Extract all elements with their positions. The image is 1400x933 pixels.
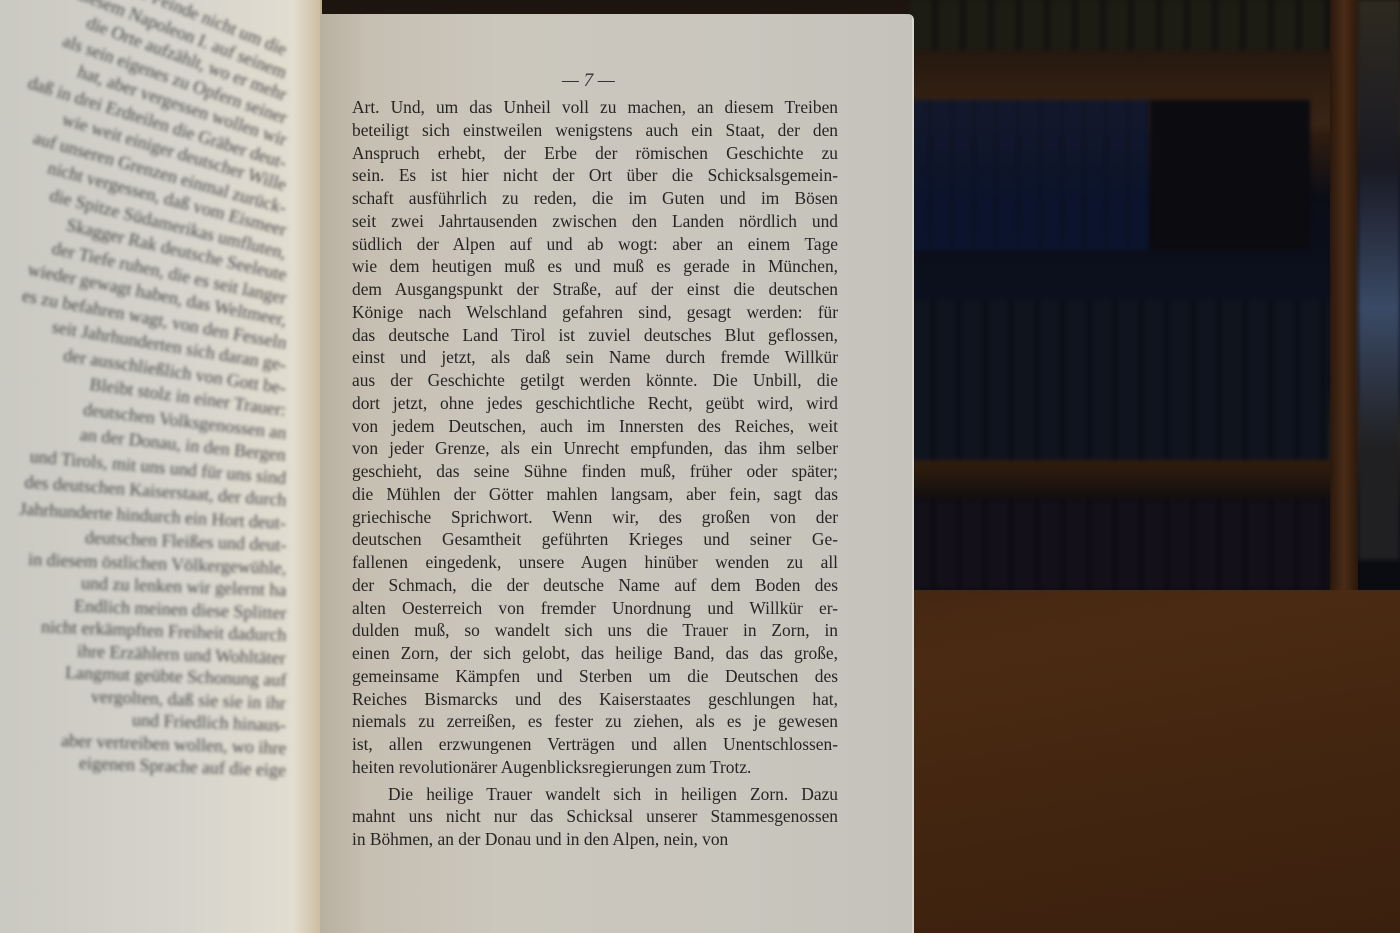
- text-line: die Mühlen der Götter mahlen langsam, ab…: [352, 483, 838, 506]
- text-line: Könige nach Welschland gefahren sind, ge…: [352, 301, 838, 324]
- right-page-body: Art. Und, um das Unheil voll zu machen, …: [352, 96, 838, 851]
- text-line: mahnt uns nicht nur das Schicksal unsere…: [352, 805, 838, 828]
- text-line: fallenen eingedenk, unsere Augen hinüber…: [352, 551, 838, 574]
- left-page: unsere Feinde nicht um diein diesem Napo…: [0, 0, 322, 933]
- text-line: griechische Sprichwort. Wenn wir, des gr…: [352, 506, 838, 529]
- text-line: sein. Es ist hier nicht der Ort über die…: [352, 164, 838, 187]
- text-line: südlich der Alpen auf und ab wogt: aber …: [352, 233, 838, 256]
- text-line: wie dem heutigen muß es und muß es gerad…: [352, 255, 838, 278]
- bookshelf-top-row: [910, 0, 1330, 50]
- text-line: Anspruch erhebt, der Erbe der römischen …: [352, 142, 838, 165]
- bookshelf-post: [1330, 0, 1358, 620]
- text-line: niemals zu zerreißen, es fester zu ziehe…: [352, 710, 838, 733]
- text-line: das deutsche Land Tirol ist zuviel deuts…: [352, 324, 838, 347]
- text-line: Die heilige Trauer wandelt sich in heili…: [352, 783, 838, 806]
- text-line: schaft ausführlich zu reden, die im Gute…: [352, 187, 838, 210]
- bookshelf-right-column: [1358, 0, 1400, 560]
- text-line: aus der Geschichte getilgt werden könnte…: [352, 369, 838, 392]
- text-line: einst und jetzt, als daß sein Name durch…: [352, 346, 838, 369]
- text-line: dort jetzt, ohne jedes geschichtliche Re…: [352, 392, 838, 415]
- text-line: von jeder Grenze, als ein Unrecht empfun…: [352, 437, 838, 460]
- text-line: beteiligt sich einstweilen wenigstens au…: [352, 119, 838, 142]
- text-line: der Schmach, die der deutsche Name auf d…: [352, 574, 838, 597]
- text-line: dem Ausgangspunkt der Straße, auf der ei…: [352, 278, 838, 301]
- bookshelf-lower-row: [910, 500, 1330, 590]
- text-line: heiten revolutionärer Augenblicksregieru…: [352, 756, 838, 779]
- text-line: Reiches Bismarcks und des Kaiserstaates …: [352, 688, 838, 711]
- text-line: geschieht, das seine Sühne finden muß, f…: [352, 460, 838, 483]
- bookshelf-dark-volumes: [1150, 100, 1310, 250]
- text-line: Art. Und, um das Unheil voll zu machen, …: [352, 96, 838, 119]
- text-line: gemeinsame Kämpfen und Sterben um die De…: [352, 665, 838, 688]
- text-line: deutschen Gesamtheit geführten Krieges u…: [352, 528, 838, 551]
- text-line: von jedem Deutschen, auch im Innersten d…: [352, 415, 838, 438]
- text-line: alten Oesterreich von fremder Unordnung …: [352, 597, 838, 620]
- bookshelf-blue-volumes: [910, 100, 1150, 250]
- text-line: in Böhmen, an der Donau und in den Alpen…: [352, 828, 838, 851]
- bookshelf-middle-row: [910, 300, 1330, 460]
- page-number: — 7 —: [562, 70, 615, 92]
- text-line: einen Zorn, der sich gelobt, das heilige…: [352, 642, 838, 665]
- text-line: seit zwei Jahrtausenden zwischen den Lan…: [352, 210, 838, 233]
- text-line: und Friedlich hinaus-: [132, 710, 287, 736]
- text-line: dulden muß, so wandelt sich uns die Trau…: [352, 619, 838, 642]
- left-page-text: unsere Feinde nicht um diein diesem Napo…: [0, 0, 290, 780]
- text-line: ist, allen erzwungenen Verträgen und all…: [352, 733, 838, 756]
